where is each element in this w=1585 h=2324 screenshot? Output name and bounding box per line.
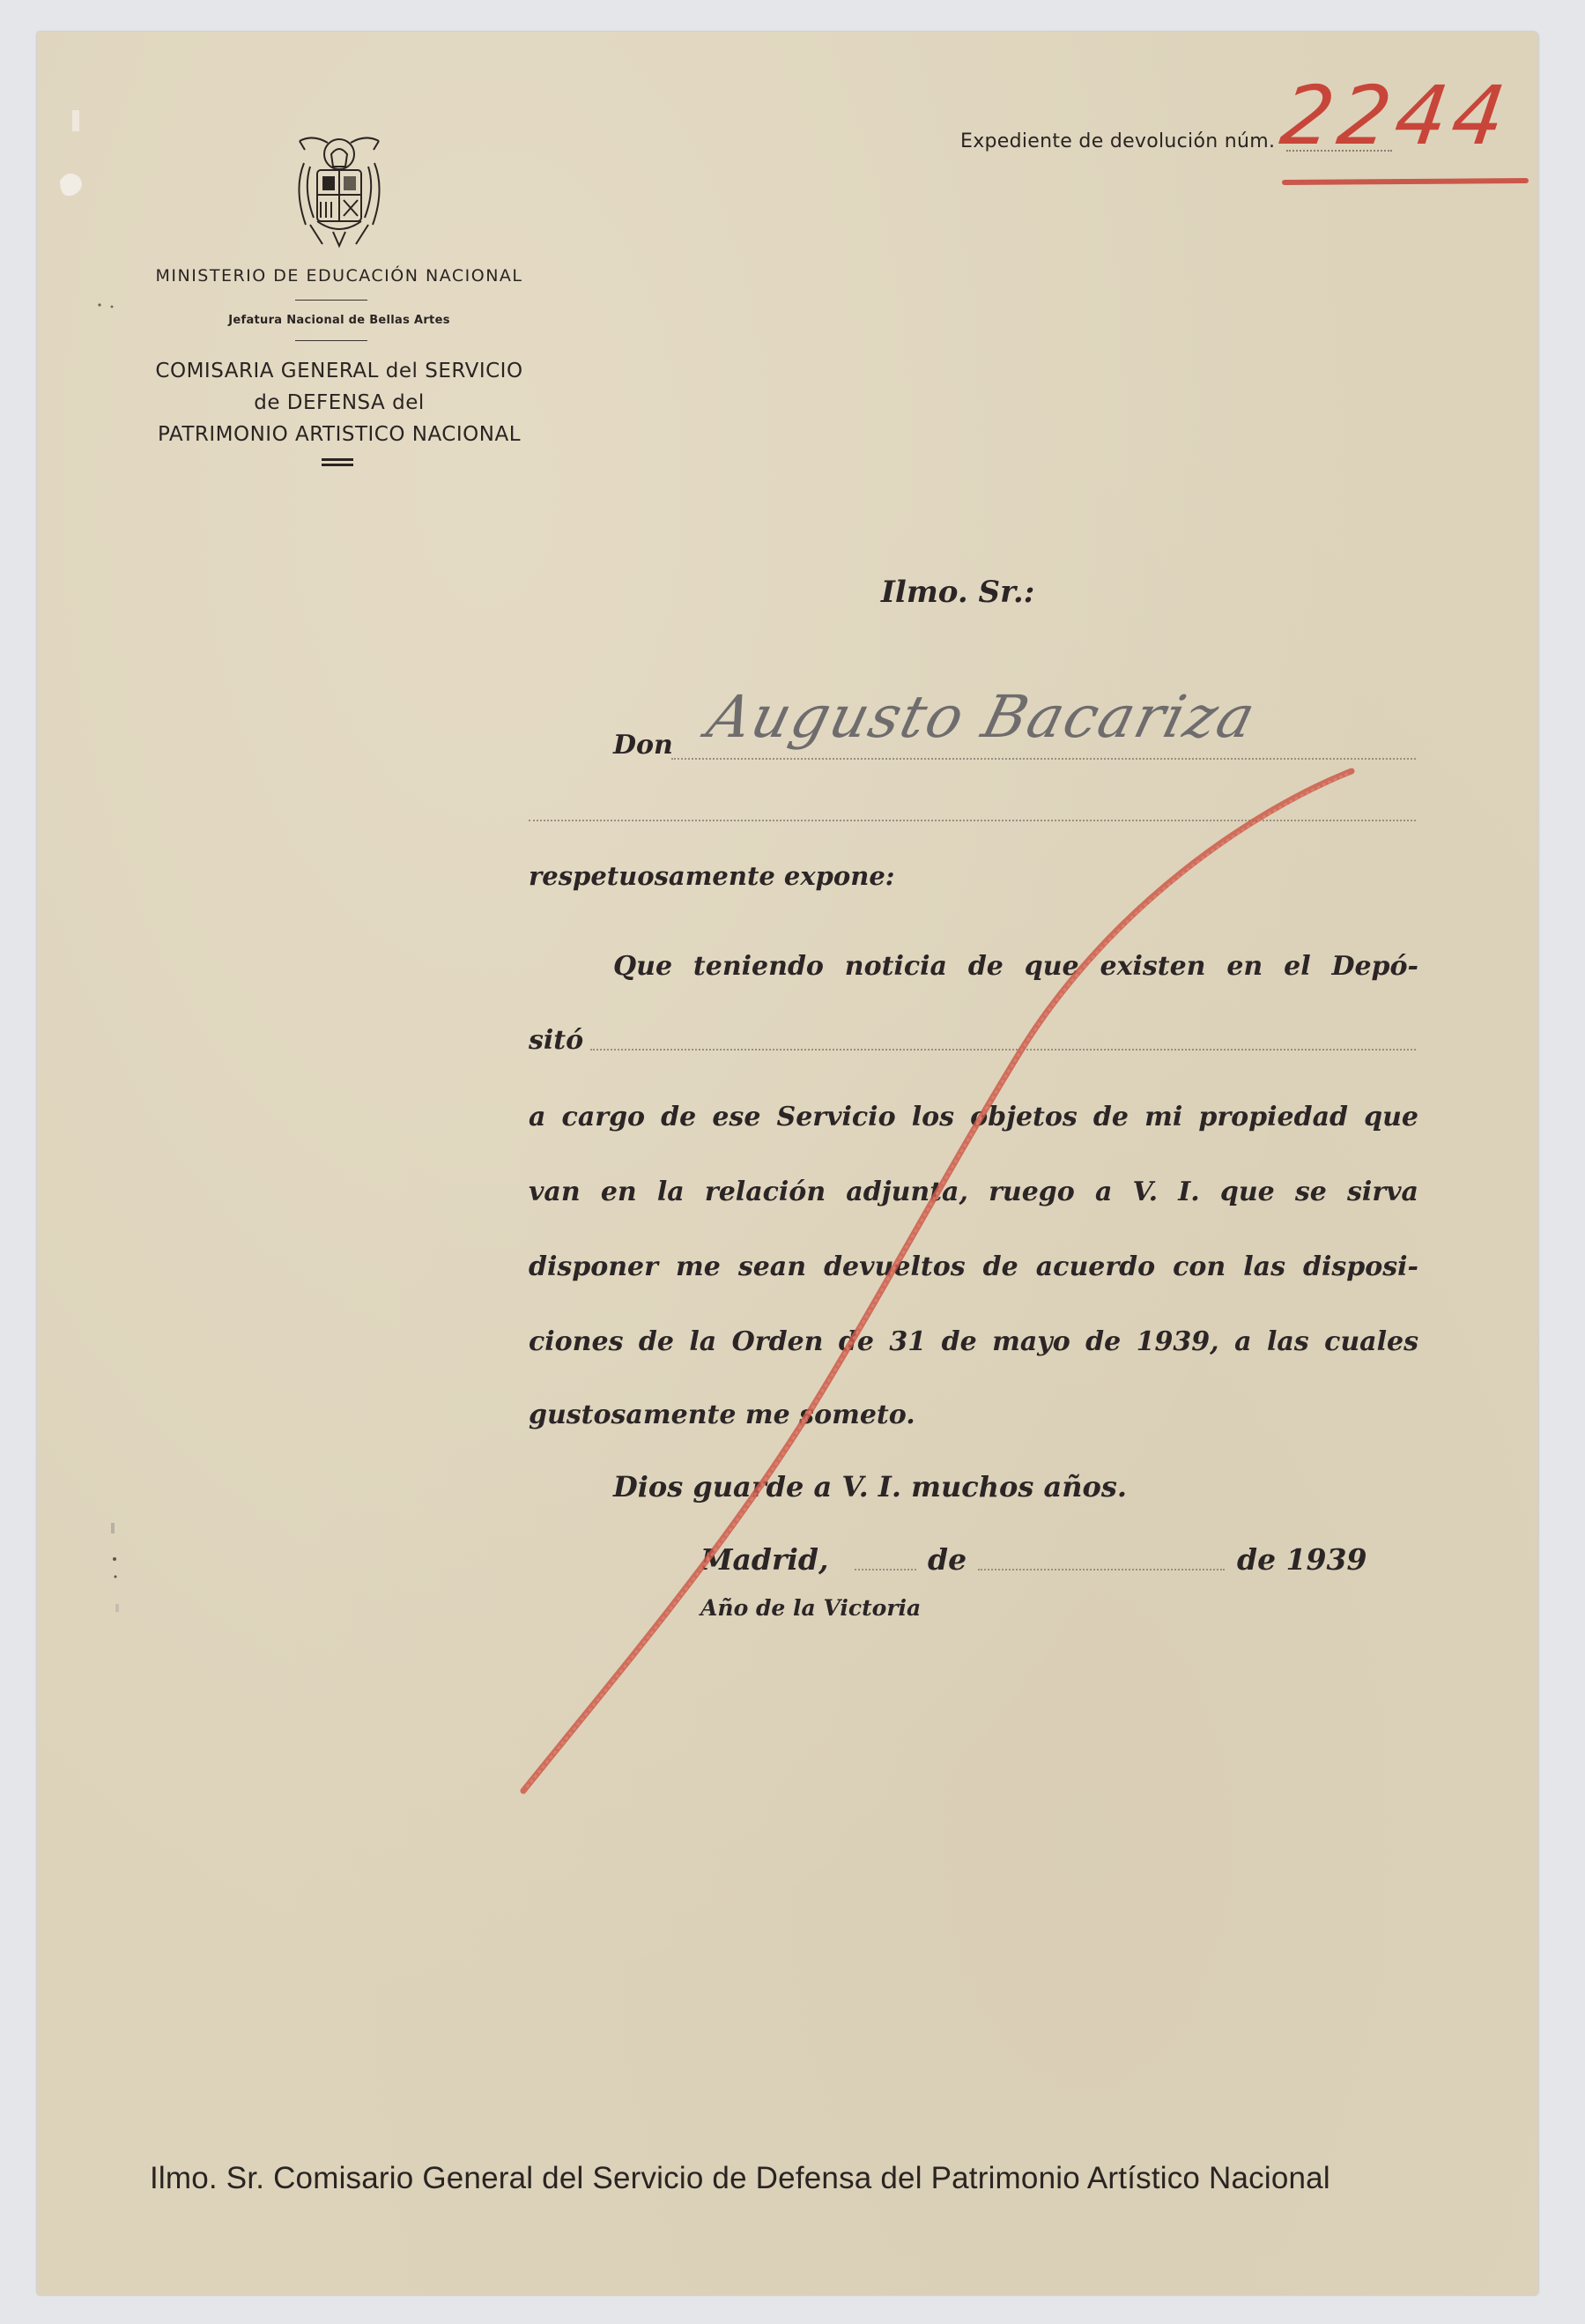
divider xyxy=(295,340,367,341)
paragraph-line-6: ciones de la Orden de 31 de mayo de 1939… xyxy=(529,1325,1418,1360)
coat-of-arms-icon xyxy=(291,128,388,251)
date-de-label: de xyxy=(928,1542,967,1577)
name-field[interactable] xyxy=(671,758,1416,760)
double-rule xyxy=(322,458,353,469)
expediente-label: Expediente de devolución núm. xyxy=(960,130,1275,152)
paragraph-line-4: van en la relación adjunta, ruego a V. I… xyxy=(529,1175,1418,1210)
expone-label: respetuosamente expone: xyxy=(529,861,895,891)
paragraph-line-2: sitó xyxy=(529,1025,583,1056)
deposito-field[interactable] xyxy=(590,1049,1416,1051)
divider xyxy=(295,300,367,301)
addressee-footer: Ilmo. Sr. Comisario General del Servicio… xyxy=(150,2161,1330,2196)
paragraph-line-7: gustosamente me someto. xyxy=(529,1398,915,1433)
commission-line-2: de DEFENSA del xyxy=(132,387,546,419)
expediente-number-handwritten: 2244 xyxy=(1277,76,1515,157)
salutation: Ilmo. Sr.: xyxy=(881,575,1034,610)
commission-line-1: COMISARIA GENERAL del SERVICIO xyxy=(132,355,546,387)
closing-formula: Dios guarde a V. I. muchos años. xyxy=(613,1470,1127,1504)
name-field-continuation[interactable] xyxy=(529,820,1416,821)
commission-name: COMISARIA GENERAL del SERVICIO de DEFENS… xyxy=(132,355,546,450)
department-name: Jefatura Nacional de Bellas Artes xyxy=(132,314,546,327)
day-field[interactable] xyxy=(855,1569,916,1570)
place-label: Madrid, xyxy=(700,1542,828,1577)
month-field[interactable] xyxy=(978,1569,1225,1570)
year-label: de 1939 xyxy=(1237,1542,1367,1577)
don-label: Don xyxy=(613,730,673,761)
paragraph-line-5: disponer me sean devueltos de acuerdo co… xyxy=(529,1250,1418,1285)
paragraph-line-1: Que teniendo noticia de que existen en e… xyxy=(529,949,1418,984)
ministry-name: MINISTERIO DE EDUCACIÓN NACIONAL xyxy=(132,266,546,286)
year-motto: Año de la Victoria xyxy=(700,1595,921,1621)
applicant-name-handwritten: Augusto Bacariza xyxy=(700,683,1263,751)
commission-line-3: PATRIMONIO ARTISTICO NACIONAL xyxy=(132,419,546,450)
paragraph-line-3: a cargo de ese Servicio los objetos de m… xyxy=(529,1100,1418,1135)
